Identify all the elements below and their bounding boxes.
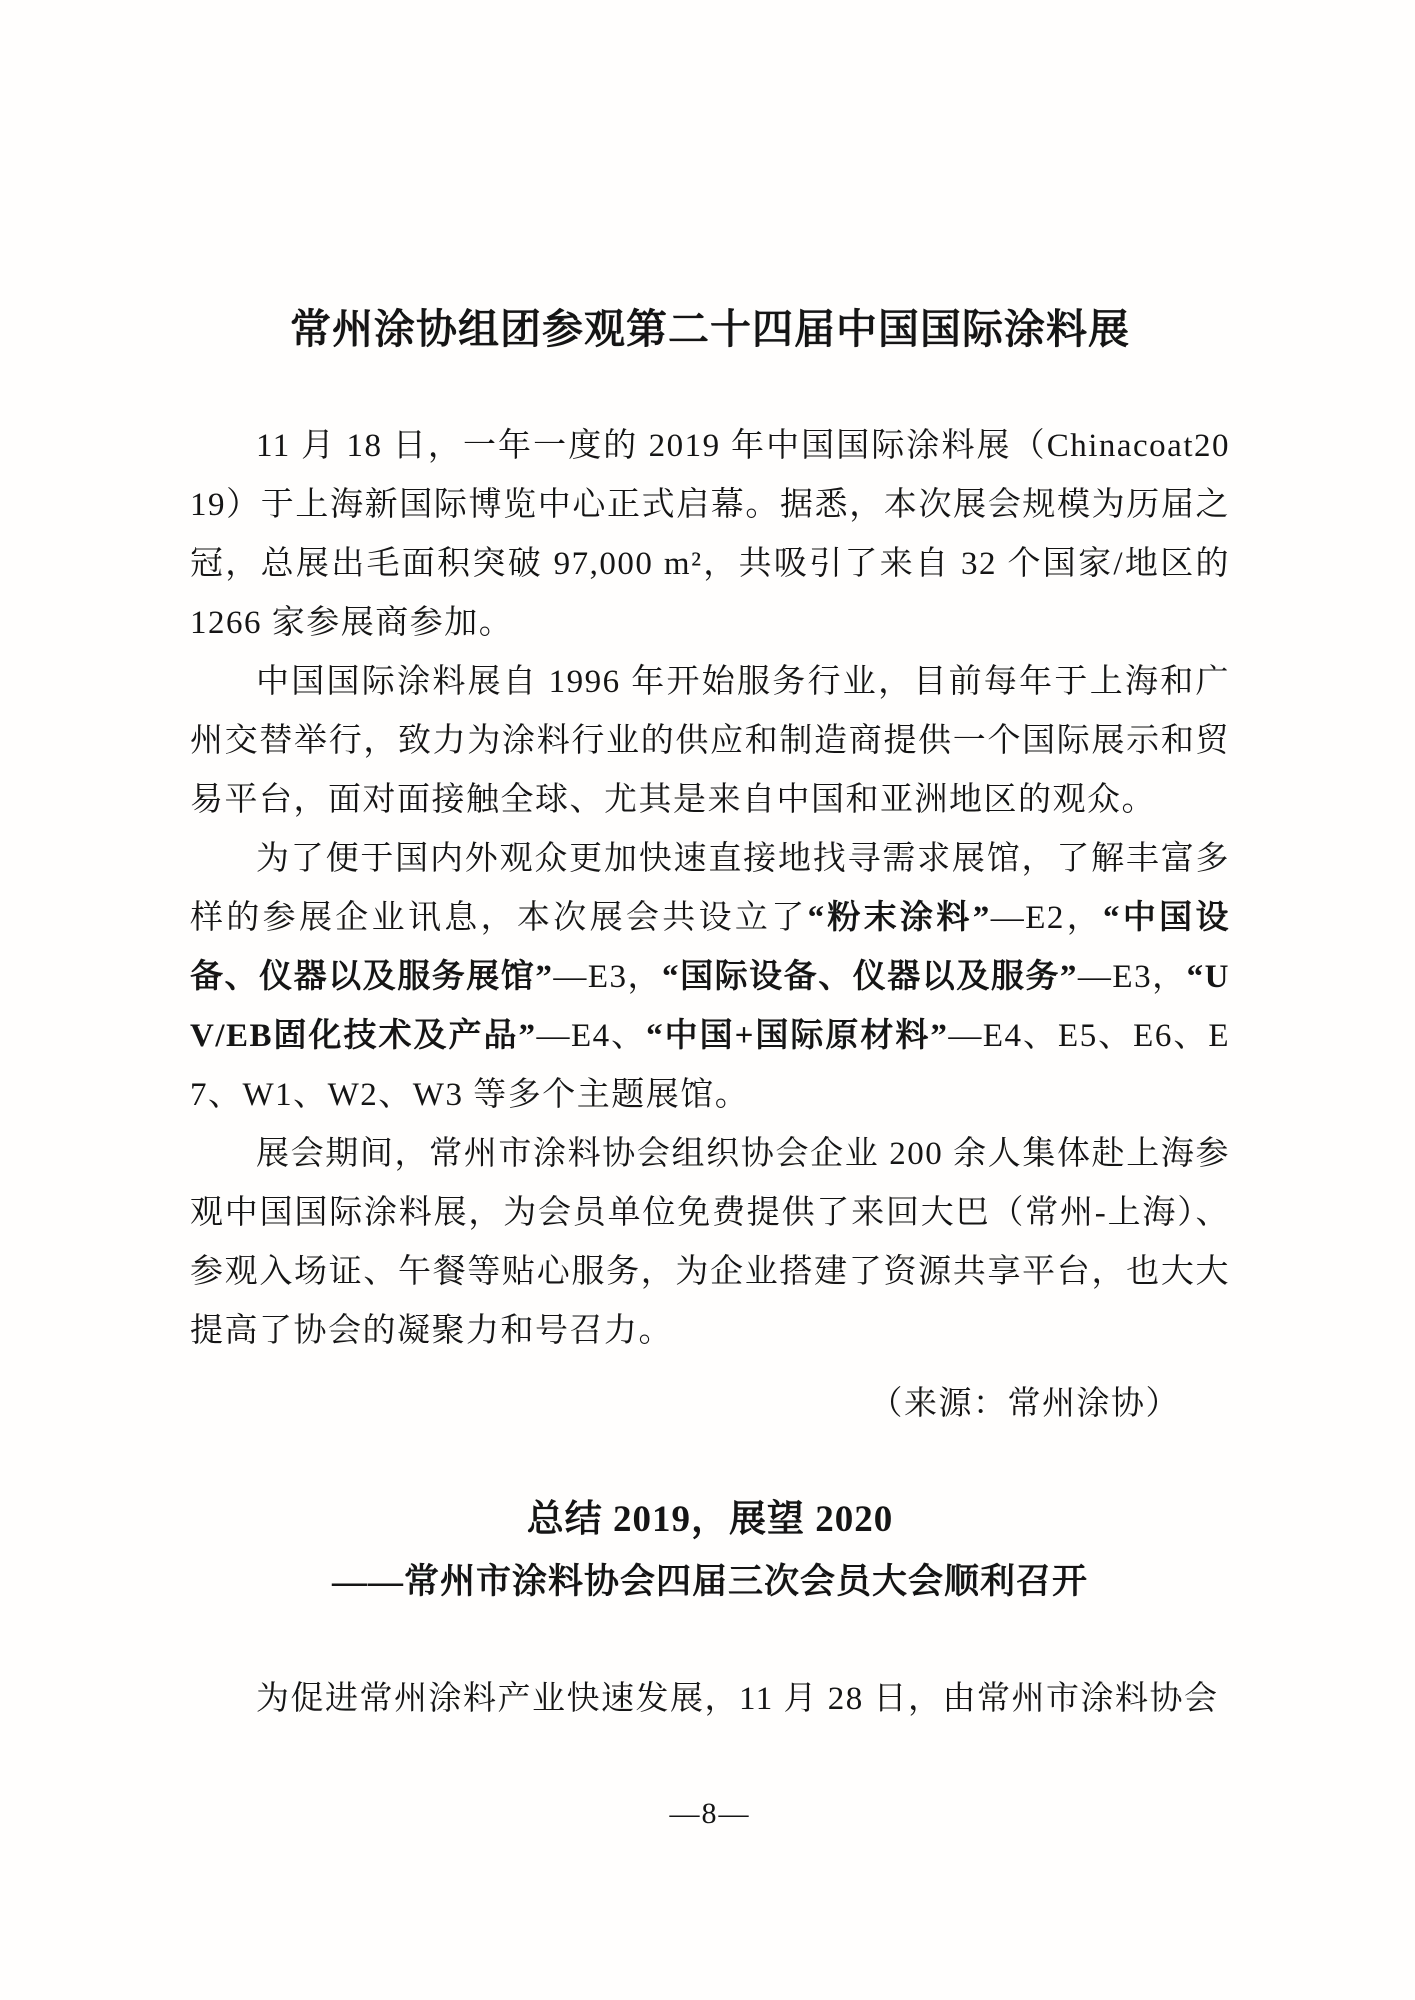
page-number: —8—: [190, 1799, 1230, 1829]
source-attribution: （来源：常州涂协）: [190, 1375, 1230, 1434]
text-run: —E4、: [536, 1018, 646, 1054]
article-body: 11 月 18 日，一年一度的 2019 年中国国际涂料展（Chinacoat2…: [190, 417, 1230, 1434]
text-run: —E2，: [991, 900, 1103, 936]
body-paragraph-1: 11 月 18 日，一年一度的 2019 年中国国际涂料展（Chinacoat2…: [190, 417, 1230, 653]
bold-text-run: “中国+国际原材料”: [646, 1018, 948, 1054]
section-heading: 总结 2019，展望 2020 ——常州市涂料协会四届三次会员大会顺利召开: [190, 1489, 1230, 1613]
document-page: 常州涂协组团参观第二十四届中国国际涂料展 11 月 18 日，一年一度的 201…: [0, 0, 1415, 2000]
body-paragraph-5: 为促进常州涂料产业快速发展，11 月 28 日，由常州市涂料协会: [190, 1670, 1230, 1729]
text-run: 展会期间，常州市涂料协会组织协会企业 200 余人集体赴上海参观中国国际涂料展，…: [190, 1136, 1230, 1349]
text-run: 11 月 18 日，一年一度的 2019 年中国国际涂料展（Chinacoat2…: [190, 428, 1230, 641]
bold-text-run: “国际设备、仪器以及服务”: [662, 959, 1078, 995]
body-paragraph-3: 为了便于国内外观众更加快速直接地找寻需求展馆，了解丰富多样的参展企业讯息，本次展…: [190, 830, 1230, 1125]
text-run: —E3，: [1078, 959, 1187, 995]
body-paragraph-4: 展会期间，常州市涂料协会组织协会企业 200 余人集体赴上海参观中国国际涂料展，…: [190, 1125, 1230, 1361]
text-run: 为促进常州涂料产业快速发展，11 月 28 日，由常州市涂料协会: [256, 1681, 1219, 1717]
body-paragraph-2: 中国国际涂料展自 1996 年开始服务行业，目前每年于上海和广州交替举行，致力为…: [190, 653, 1230, 830]
text-run: —E3，: [553, 959, 662, 995]
article-title: 常州涂协组团参观第二十四届中国国际涂料展: [190, 302, 1230, 357]
text-run: 中国国际涂料展自 1996 年开始服务行业，目前每年于上海和广州交替举行，致力为…: [190, 664, 1230, 818]
section-heading-line2: ——常州市涂料协会四届三次会员大会顺利召开: [190, 1551, 1230, 1613]
bold-text-run: “粉末涂料”: [808, 900, 991, 936]
section-heading-line1: 总结 2019，展望 2020: [190, 1489, 1230, 1551]
